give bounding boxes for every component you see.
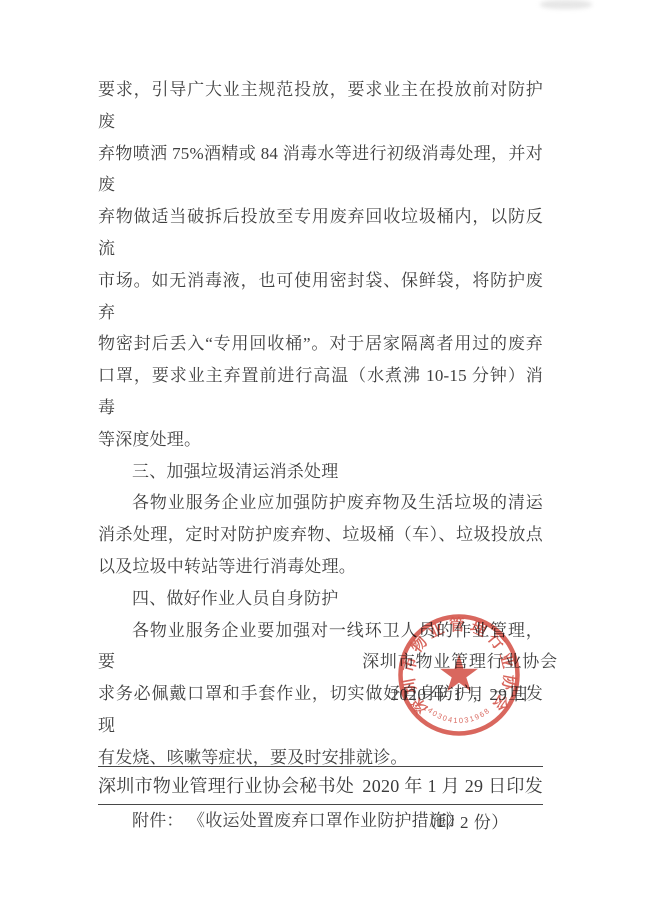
footer-rule-bottom (98, 804, 543, 805)
scanned-document-page: 要求，引导广大业主规范投放，要求业主在投放前对防护废弃物喷洒 75%酒精或 84… (0, 0, 650, 920)
footer-row: 深圳市物业管理行业协会秘书处 2020 年 1 月 29 日印发 (98, 772, 543, 798)
footer-rule-top (98, 766, 543, 767)
footer-issuer: 深圳市物业管理行业协会秘书处 (98, 772, 354, 798)
body-line: 弃物喷洒 75%酒精或 84 消毒水等进行初级消毒处理，并对废 (98, 138, 543, 202)
body-line: 物密封后丢入“专用回收桶”。对于居家隔离者用过的废弃 (98, 328, 543, 360)
body-line: 四、做好作业人员自身防护 (98, 583, 543, 615)
body-line: 以及垃圾中转站等进行消毒处理。 (98, 551, 543, 583)
body-line: 口罩，要求业主弃置前进行高温（水煮沸 10-15 分钟）消毒 (98, 360, 543, 424)
svg-text:403041031968: 403041031968 (426, 706, 492, 726)
body-line: 等深度处理。 (98, 424, 543, 456)
footer-copies: （印 2 份） (386, 808, 543, 833)
body-line: 有发烧、咳嗽等症状，要及时安排就诊。 (98, 742, 543, 774)
seal-serial-number: 403041031968 (426, 706, 492, 726)
seal-star-icon (440, 654, 478, 691)
official-seal-stamp: 深圳市物业管理行业协会 403041031968 (396, 612, 522, 738)
body-line: 要求，引导广大业主规范投放，要求业主在投放前对防护废 (98, 74, 543, 138)
body-line: 各物业服务企业应加强防护废弃物及生活垃圾的清运 (98, 487, 543, 519)
scan-smudge (540, 0, 592, 9)
body-line: 市场。如无消毒液，也可使用密封袋、保鲜袋，将防护废弃 (98, 265, 543, 329)
body-line: 弃物做适当破拆后投放至专用废弃回收垃圾桶内，以防反流 (98, 201, 543, 265)
body-line: 三、加强垃圾清运消杀处理 (98, 456, 543, 488)
footer-print-date: 2020 年 1 月 29 日印发 (362, 772, 543, 798)
body-line: 消杀处理，定时对防护废弃物、垃圾桶（车）、垃圾投放点 (98, 519, 543, 551)
